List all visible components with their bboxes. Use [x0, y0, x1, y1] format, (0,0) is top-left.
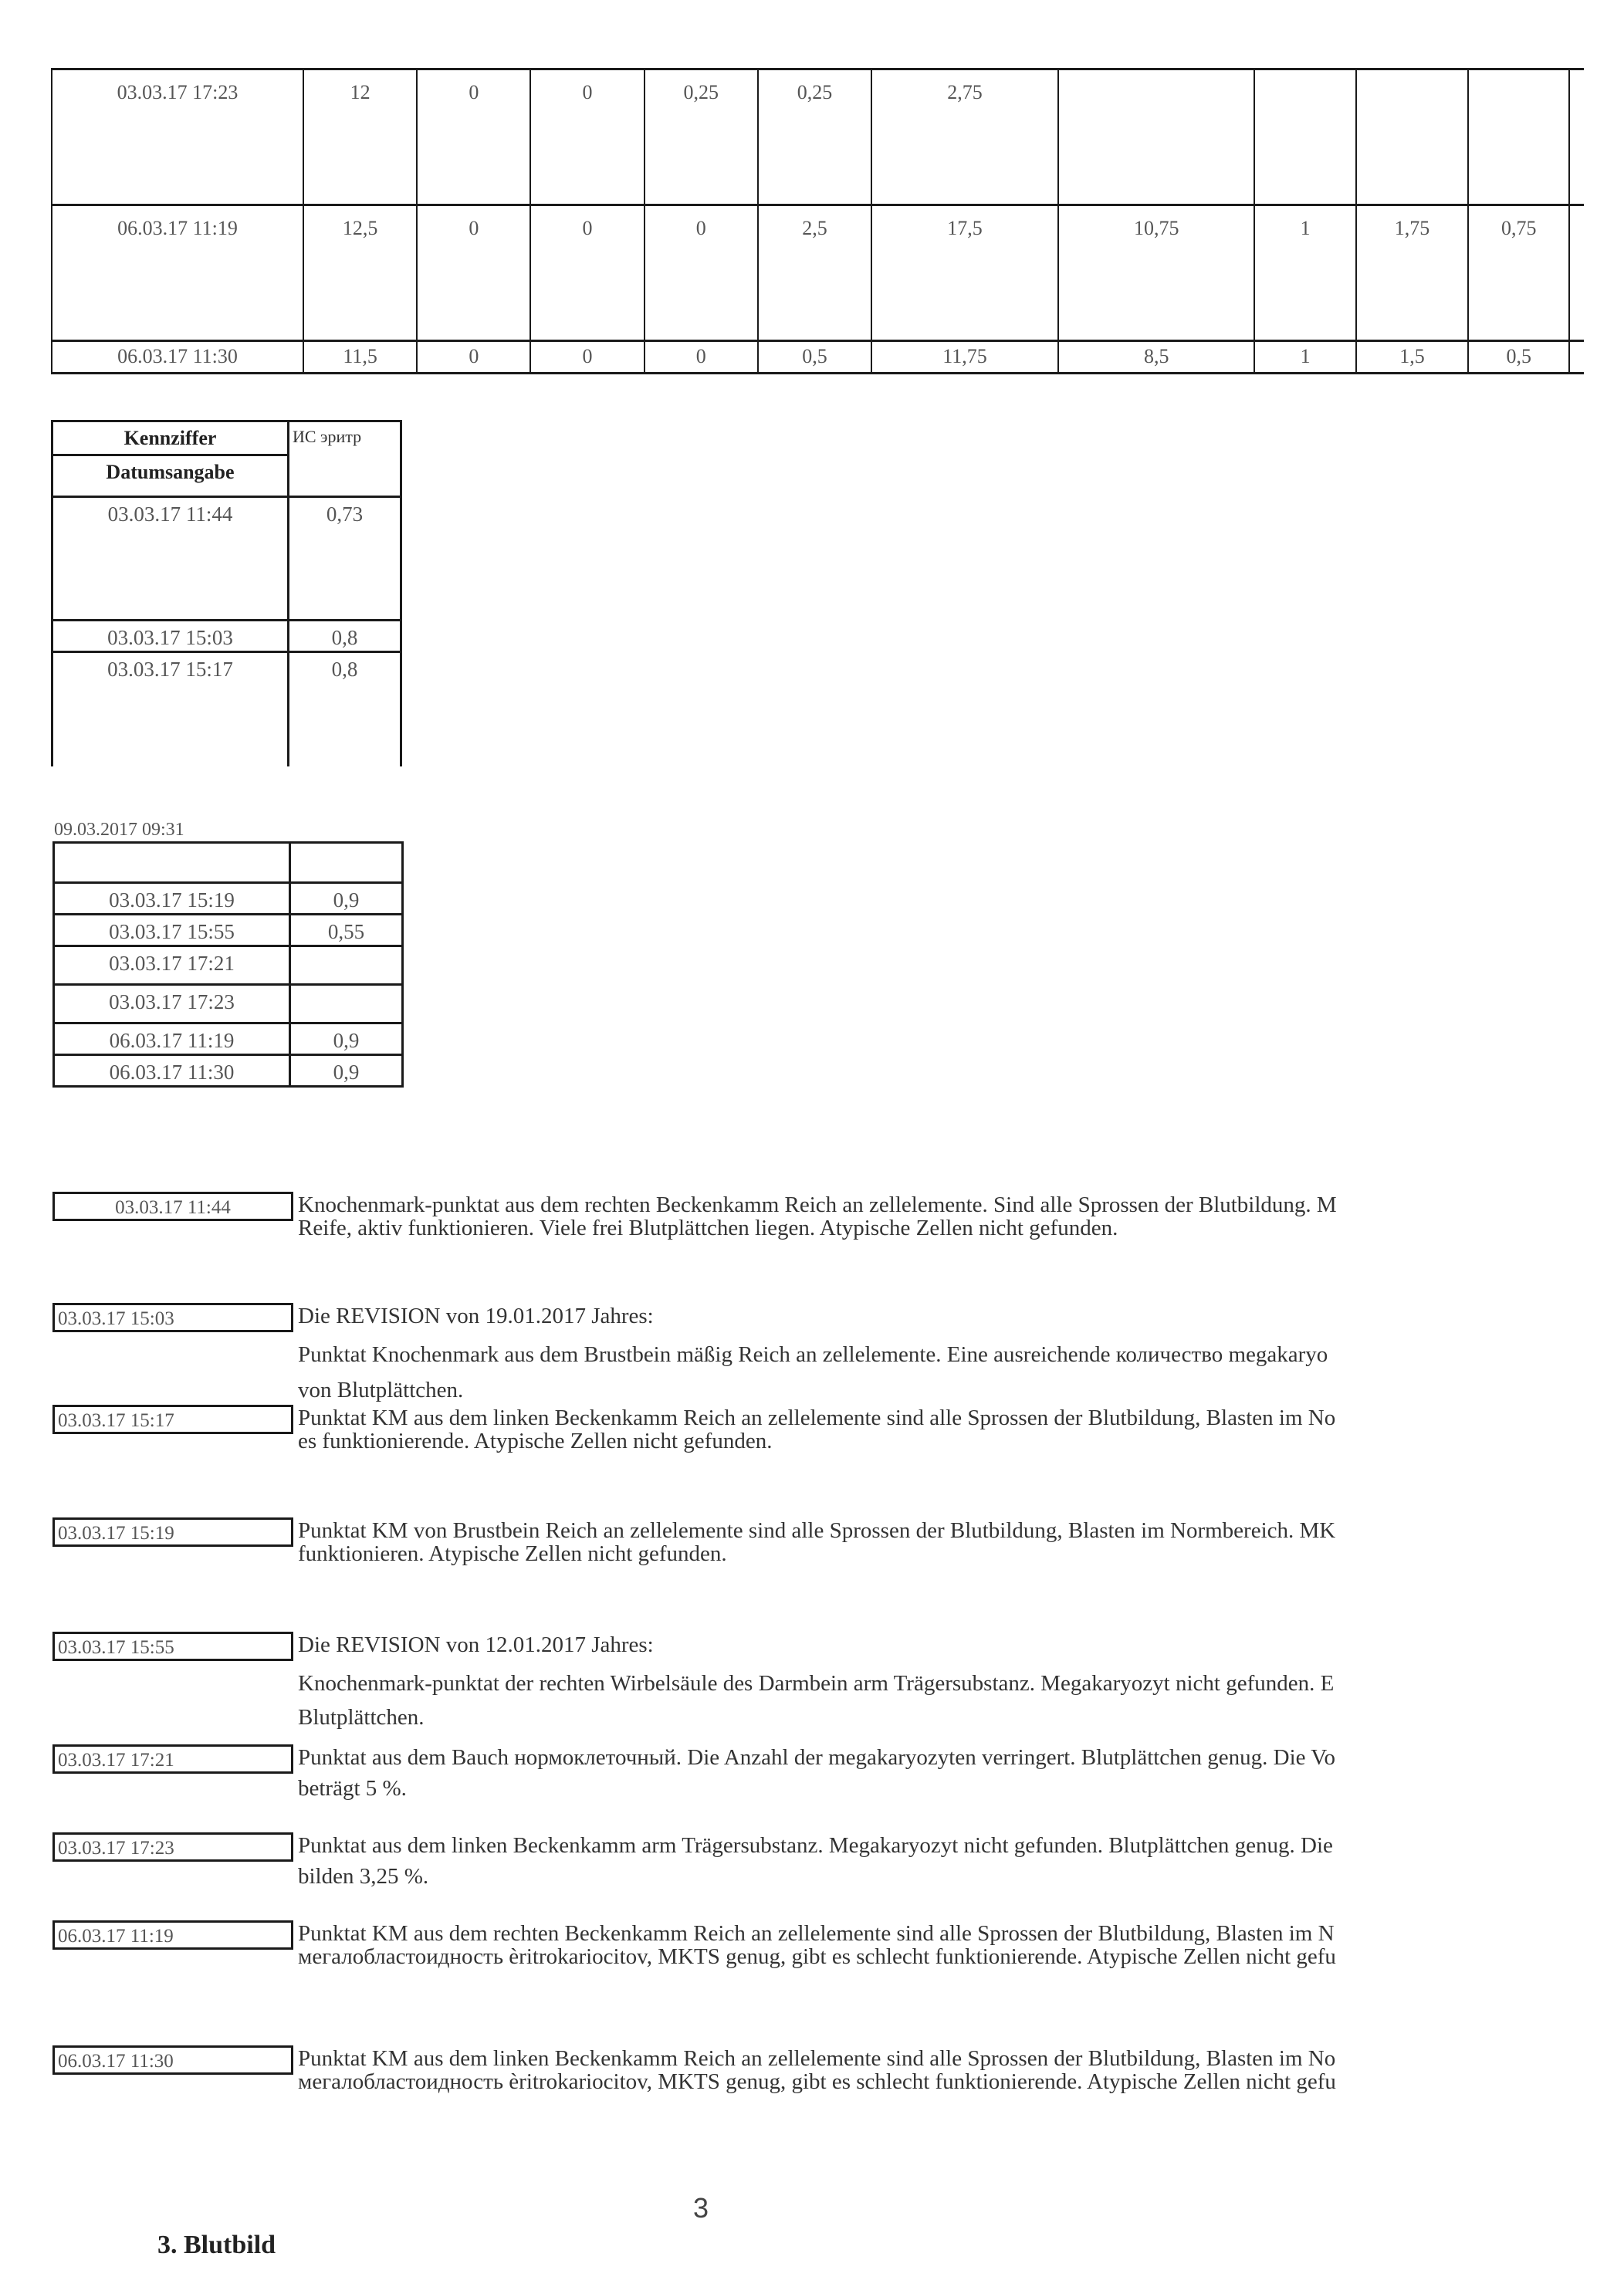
- note-date-box: 03.03.17 17:23: [52, 1832, 293, 1862]
- row-value: 0,9: [290, 1023, 403, 1055]
- cell-value: 11,5: [303, 341, 417, 374]
- note-text: Punktat KM aus dem linken Beckenkamm Rei…: [296, 1403, 1585, 1456]
- cell-value: 0: [530, 341, 644, 374]
- cell-value: 0,75: [1468, 205, 1569, 341]
- row-date: 03.03.17 15:03: [52, 621, 289, 652]
- section-heading: 3. Blutbild: [157, 2231, 276, 2260]
- table-row: 06.03.17 11:1912,50002,517,510,7511,750,…: [52, 205, 1584, 341]
- cell-value: 1: [1254, 341, 1355, 374]
- row-date: 06.03.17 11:30: [54, 1055, 290, 1087]
- cell-value: 10,75: [1058, 205, 1254, 341]
- note-text: Punktat KM von Brustbein Reich an zellel…: [296, 1516, 1585, 1568]
- table-row: 06.03.17 11:3011,50000,511,758,511,50,52…: [52, 341, 1584, 374]
- note-line: Knochenmark-punktat der rechten Wirbelsä…: [298, 1669, 1585, 1698]
- cell-value: [1569, 69, 1584, 205]
- continuation-caption: 09.03.2017 09:31: [54, 820, 184, 841]
- note-date-box: 03.03.17 15:03: [52, 1303, 293, 1332]
- note-line: Die REVISION von 12.01.2017 Jahres:: [298, 1630, 1585, 1659]
- cell-value: 0: [417, 205, 530, 341]
- note-date-box: 06.03.17 11:19: [52, 1920, 293, 1950]
- cell-value: 11,75: [871, 341, 1058, 374]
- cell-value: [1254, 69, 1355, 205]
- cell-value: [1356, 69, 1468, 205]
- note-line: мегалобластоидность èritrokariocitov, MK…: [298, 2067, 1585, 2096]
- note-text: Punktat aus dem linken Beckenkamm arm Tr…: [296, 1831, 1585, 1891]
- note-line: Reife, aktiv funktionieren. Viele frei B…: [298, 1213, 1585, 1243]
- note-text: Punktat KM aus dem linken Beckenkamm Rei…: [296, 2044, 1585, 2096]
- header-is-eritr: ИС эритр: [289, 421, 401, 497]
- page-number: 3: [693, 2192, 709, 2224]
- cell-value: 2,75: [871, 69, 1058, 205]
- note-text: Knochenmark-punktat aus dem rechten Beck…: [296, 1190, 1585, 1243]
- row-value: 0,73: [289, 497, 401, 621]
- row-value: [290, 843, 403, 883]
- cell-value: 8,5: [1058, 341, 1254, 374]
- note-date-box: 03.03.17 17:21: [52, 1744, 293, 1774]
- cell-value: 124: [1569, 205, 1584, 341]
- row-date: 03.03.17 17:21: [54, 946, 290, 985]
- row-value: 0,9: [290, 1055, 403, 1087]
- cell-value: 17,5: [871, 205, 1058, 341]
- row-date: 03.03.17 11:44: [52, 497, 289, 621]
- row-date: 03.03.17 15:55: [54, 915, 290, 946]
- cell-value: 0: [417, 341, 530, 374]
- cell-value: 12,5: [303, 205, 417, 341]
- cell-value: 0: [530, 69, 644, 205]
- header-datumsangabe: Datumsangabe: [52, 455, 289, 497]
- myelogram-table: 03.03.17 17:2312000,250,252,7506.03.17 1…: [51, 68, 1584, 374]
- cell-value: 0,5: [758, 341, 871, 374]
- note-date-box: 03.03.17 15:55: [52, 1632, 293, 1661]
- note-date-box: 03.03.17 15:19: [52, 1517, 293, 1547]
- cell-date: 03.03.17 17:23: [52, 69, 303, 205]
- cell-value: 0: [645, 205, 758, 341]
- cell-date: 06.03.17 11:19: [52, 205, 303, 341]
- cell-value: 1: [1254, 205, 1355, 341]
- note-text: Die REVISION von 19.01.2017 Jahres:Punkt…: [296, 1301, 1585, 1405]
- row-date: 03.03.17 15:19: [54, 883, 290, 915]
- note-text: Die REVISION von 12.01.2017 Jahres:Knoch…: [296, 1630, 1585, 1732]
- note-line: Punktat aus dem Bauch нормоклеточный. Di…: [298, 1743, 1585, 1772]
- row-value: 0,8: [289, 652, 401, 767]
- cell-value: 1,5: [1356, 341, 1468, 374]
- continuation-table: 03.03.17 15:190,9 03.03.17 15:550,55 03.…: [52, 841, 404, 1088]
- row-value: [290, 946, 403, 985]
- note-line: мегалобластоидность èritrokariocitov, MK…: [298, 1942, 1585, 1971]
- cell-value: 1,75: [1356, 205, 1468, 341]
- cell-value: 0,5: [1468, 341, 1569, 374]
- table-row: 03.03.17 17:2312000,250,252,75: [52, 69, 1584, 205]
- row-value: 0,9: [290, 883, 403, 915]
- cell-value: [1468, 69, 1569, 205]
- note-date-box: 03.03.17 11:44: [52, 1192, 293, 1221]
- row-date: [54, 843, 290, 883]
- header-kennziffer: Kennziffer: [52, 421, 289, 455]
- note-line: Punktat aus dem linken Beckenkamm arm Tr…: [298, 1831, 1585, 1860]
- note-text: Punktat aus dem Bauch нормоклеточный. Di…: [296, 1743, 1585, 1803]
- note-line: von Blutplättchen.: [298, 1375, 1585, 1405]
- cell-value: 0,25: [758, 69, 871, 205]
- row-value: 0,55: [290, 915, 403, 946]
- row-date: 06.03.17 11:19: [54, 1023, 290, 1055]
- cell-value: 12: [303, 69, 417, 205]
- note-line: beträgt 5 %.: [298, 1774, 1585, 1803]
- row-date: 03.03.17 15:17: [52, 652, 289, 767]
- cell-value: 0: [417, 69, 530, 205]
- cell-value: 0,25: [645, 69, 758, 205]
- note-line: Punktat Knochenmark aus dem Brustbein mä…: [298, 1340, 1585, 1369]
- row-value: [290, 985, 403, 1023]
- note-text: Punktat KM aus dem rechten Beckenkamm Re…: [296, 1919, 1585, 1971]
- cell-value: 2,5: [758, 205, 871, 341]
- cell-date: 06.03.17 11:30: [52, 341, 303, 374]
- cell-value: 205: [1569, 341, 1584, 374]
- note-date-box: 06.03.17 11:30: [52, 2045, 293, 2075]
- note-line: Blutplättchen.: [298, 1703, 1585, 1732]
- cell-value: [1058, 69, 1254, 205]
- note-date-box: 03.03.17 15:17: [52, 1405, 293, 1434]
- kennziffer-table: Kennziffer ИС эритр Datumsangabe 03.03.1…: [51, 420, 402, 766]
- cell-value: 0: [530, 205, 644, 341]
- note-line: bilden 3,25 %.: [298, 1862, 1585, 1891]
- row-value: 0,8: [289, 621, 401, 652]
- note-line: Die REVISION von 19.01.2017 Jahres:: [298, 1301, 1585, 1331]
- row-date: 03.03.17 17:23: [54, 985, 290, 1023]
- cell-value: 0: [645, 341, 758, 374]
